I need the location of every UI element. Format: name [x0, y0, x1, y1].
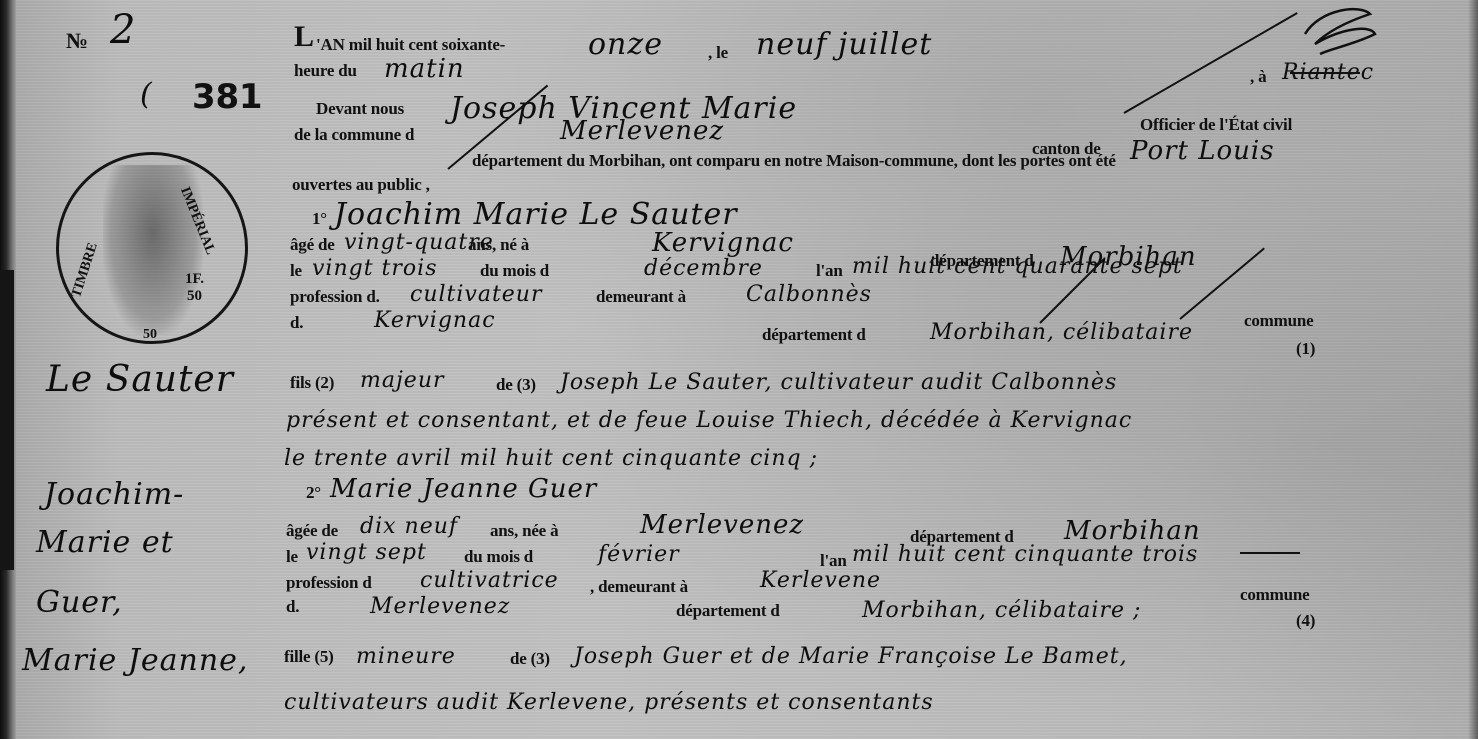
heure-du-label: heure du	[294, 62, 357, 79]
le-label-1: le	[290, 262, 302, 279]
officier-label: Officier de l'État civil	[1140, 116, 1292, 133]
hw-groom-birth-month: décembre	[644, 258, 763, 280]
register-number: 381	[192, 80, 262, 114]
hw-groom-father: Joseph Le Sauter, cultivateur audit Calb…	[560, 372, 1117, 394]
hw-bride-age: dix neuf	[360, 516, 458, 538]
hw-bride-status: mineure	[356, 646, 456, 668]
imperial-tax-stamp: TIMBRE IMPÉRIAL 1F. 50 50	[56, 152, 248, 344]
hw-groom-birth-year: mil huit cent quarante sept	[852, 256, 1183, 278]
paraph-signature-icon	[1300, 4, 1380, 64]
hw-groom-residence: Calbonnès	[746, 284, 872, 306]
commune-label-1: commune	[1244, 312, 1313, 329]
departement-d-label-1b: département d	[762, 326, 866, 343]
item-2-label: 2°	[306, 484, 321, 501]
register-page: № 2 ( 381 TIMBRE IMPÉRIAL 1F. 50 50 L 'A…	[0, 0, 1478, 739]
stamp-value-line1: 1F.	[185, 271, 204, 288]
pen-stroke	[1290, 72, 1360, 74]
pen-stroke	[1240, 552, 1300, 554]
hw-bride-parents-line2: cultivateurs audit Kerlevene, présents e…	[284, 692, 934, 714]
d-label-2: d.	[286, 598, 299, 615]
de-3-label-b: de (3)	[510, 650, 550, 667]
stamp-text-left: TIMBRE	[69, 241, 102, 300]
l-an-text: 'AN mil huit cent soixante-	[316, 36, 505, 53]
note-4-label: (4)	[1296, 612, 1315, 629]
profession-d-label-2: profession d	[286, 574, 372, 591]
le-label: , le	[708, 44, 728, 61]
l-an-initial: L	[294, 22, 314, 52]
demeurant-a-label-1: demeurant à	[596, 288, 686, 305]
hw-groom-parents-line3: le trente avril mil huit cent cinquante …	[284, 448, 818, 470]
devant-nous-label: Devant nous	[316, 100, 404, 117]
hw-groom-name: Joachim Marie Le Sauter	[334, 200, 738, 230]
hw-date: neuf juillet	[756, 30, 932, 60]
margin-note-3: Marie et	[36, 528, 174, 558]
hw-groom-dept2: Morbihan, célibataire	[930, 322, 1193, 344]
binding-shadow	[0, 270, 14, 570]
register-mark: (	[140, 80, 153, 110]
hw-bride-profession: cultivatrice	[420, 570, 559, 592]
du-mois-d-label-1: du mois d	[480, 262, 549, 279]
hw-canton: Port Louis	[1130, 138, 1275, 164]
ouvertes-label: ouvertes au public ,	[292, 176, 430, 193]
demeurant-a-label-2: , demeurant à	[590, 578, 688, 595]
margin-note-2: Joachim-	[44, 480, 184, 510]
hw-bride-parents-line1: Joseph Guer et de Marie Françoise Le Bam…	[574, 646, 1128, 668]
fille-label: fille (5)	[284, 648, 334, 665]
hw-groom-profession: cultivateur	[410, 284, 543, 306]
hw-bride-birthplace: Merlevenez	[640, 512, 804, 538]
hw-groom-commune: Kervignac	[374, 310, 496, 332]
commune-label-2: commune	[1240, 586, 1309, 603]
hw-groom-status: majeur	[360, 370, 445, 392]
l-an-label-2: l'an	[820, 552, 847, 569]
profession-d-label-1: profession d.	[290, 288, 380, 305]
stamp-value-line2: 50	[185, 288, 204, 305]
hw-groom-parents-line2: présent et consentant, et de feue Louise…	[286, 410, 1132, 432]
page-edge	[1468, 0, 1478, 739]
margin-note-5: Marie Jeanne,	[22, 646, 248, 676]
le-label-2: le	[286, 548, 298, 565]
pen-stroke	[1124, 12, 1298, 114]
item-1-label: 1°	[312, 210, 327, 227]
departement-line: département du Morbihan, ont comparu en …	[472, 152, 1116, 169]
margin-note-4: Guer,	[36, 588, 123, 618]
hw-bride-name: Marie Jeanne Guer	[330, 476, 597, 502]
hw-bride-dept2: Morbihan, célibataire ;	[862, 600, 1141, 622]
hw-hour: matin	[384, 56, 465, 82]
hw-year-word: onze	[588, 30, 663, 60]
departement-d-label-2b: département d	[676, 602, 780, 619]
de-la-commune-label: de la commune d	[294, 126, 414, 143]
margin-note-1: Le Sauter	[46, 362, 234, 398]
note-1-label: (1)	[1296, 340, 1315, 357]
l-an-label-1: l'an	[816, 262, 843, 279]
d-label-1: d.	[290, 314, 303, 331]
hw-bride-residence: Kerlevene	[760, 570, 881, 592]
hw-bride-dept: Morbihan	[1064, 518, 1201, 544]
record-number-value: 2	[110, 10, 136, 50]
age-de-label: âgé de	[290, 236, 335, 253]
record-number-label: №	[66, 30, 88, 52]
ans-ne-a-label: ans, né à	[468, 236, 529, 253]
a-label: , à	[1250, 68, 1266, 85]
fils-label: fils (2)	[290, 374, 334, 391]
hw-bride-birth-year: mil huit cent cinquante trois	[852, 544, 1198, 566]
hw-groom-birth-day: vingt trois	[312, 258, 437, 280]
de-3-label-a: de (3)	[496, 376, 536, 393]
stamp-bottom: 50	[143, 327, 157, 343]
agee-de-label: âgée de	[286, 522, 338, 539]
ans-nee-a-label: ans, née à	[490, 522, 558, 539]
hw-bride-birth-month: février	[598, 544, 680, 566]
du-mois-d-label-2: du mois d	[464, 548, 533, 565]
hw-groom-birthplace: Kervignac	[652, 230, 794, 256]
hw-commune: Merlevenez	[560, 118, 724, 144]
hw-bride-commune: Merlevenez	[370, 596, 510, 618]
stamp-value: 1F. 50	[185, 271, 204, 304]
hw-bride-birth-day: vingt sept	[306, 542, 427, 564]
